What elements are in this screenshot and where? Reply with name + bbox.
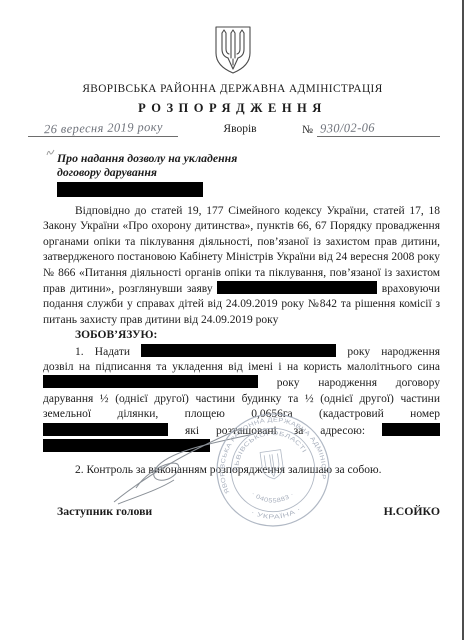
official-stamp: ЯВОРІВСЬКА РАЙОННА ДЕРЖАВНА АДМІНІСТРАЦІ…: [206, 403, 339, 536]
subject-line-1: Про надання дозволу на укладення: [57, 152, 277, 166]
subject-block: Про надання дозволу на укладення договор…: [57, 152, 277, 197]
org-name: ЯВОРІВСЬКА РАЙОННА ДЕРЖАВНА АДМІНІСТРАЦІ…: [0, 83, 465, 95]
place-name: Яворів: [178, 123, 302, 137]
document-page: ЯВОРІВСЬКА РАЙОННА ДЕРЖАВНА АДМІНІСТРАЦІ…: [0, 0, 465, 640]
svg-text:· 04055883 ·: · 04055883 ·: [249, 485, 296, 508]
date-line: 26 вересня 2019 року: [28, 121, 178, 137]
stamp-trident: [260, 450, 284, 481]
number-handwritten: 930/02-06: [320, 120, 375, 136]
body-paragraph-1: Відповідно до статей 19, 177 Сімейного к…: [43, 204, 440, 328]
date-handwritten: 26 вересня 2019 року: [43, 120, 162, 137]
trident-emblem: [211, 25, 255, 75]
redaction-bar: [382, 423, 440, 436]
redaction-bar: [57, 182, 203, 197]
letterhead: ЯВОРІВСЬКА РАЙОННА ДЕРЖАВНА АДМІНІСТРАЦІ…: [0, 0, 465, 116]
redaction-bar: [217, 281, 377, 294]
stamp-code: · 04055883 ·: [249, 485, 296, 508]
number-line: № 930/02-06: [302, 121, 440, 137]
item1-text: 1. Надати: [75, 346, 130, 358]
scan-edge-artifact: [462, 0, 464, 640]
dateline: 26 вересня 2019 року Яворів № 930/02-06: [28, 121, 440, 137]
number-underline: 930/02-06: [317, 121, 440, 137]
stamp-ring-text: ЯВОРІВСЬКА РАЙОННА ДЕРЖАВНА АДМІНІСТРАЦІ…: [206, 403, 328, 496]
oblige-heading: ЗОБОВ’ЯЗУЮ:: [43, 328, 440, 343]
number-sign: №: [302, 124, 317, 137]
signer-name: Н.СОЙКО: [384, 504, 440, 519]
subject-line-2: договору дарування: [57, 166, 277, 180]
doc-title: РОЗПОРЯДЖЕННЯ: [0, 101, 465, 116]
svg-text:ЯВОРІВСЬКА РАЙОННА ДЕРЖАВНА АД: ЯВОРІВСЬКА РАЙОННА ДЕРЖАВНА АДМІНІСТРАЦІ…: [206, 403, 328, 496]
redaction-bar: [141, 344, 336, 357]
stray-pen-mark: [46, 148, 55, 157]
redaction-bar: [43, 375, 258, 388]
